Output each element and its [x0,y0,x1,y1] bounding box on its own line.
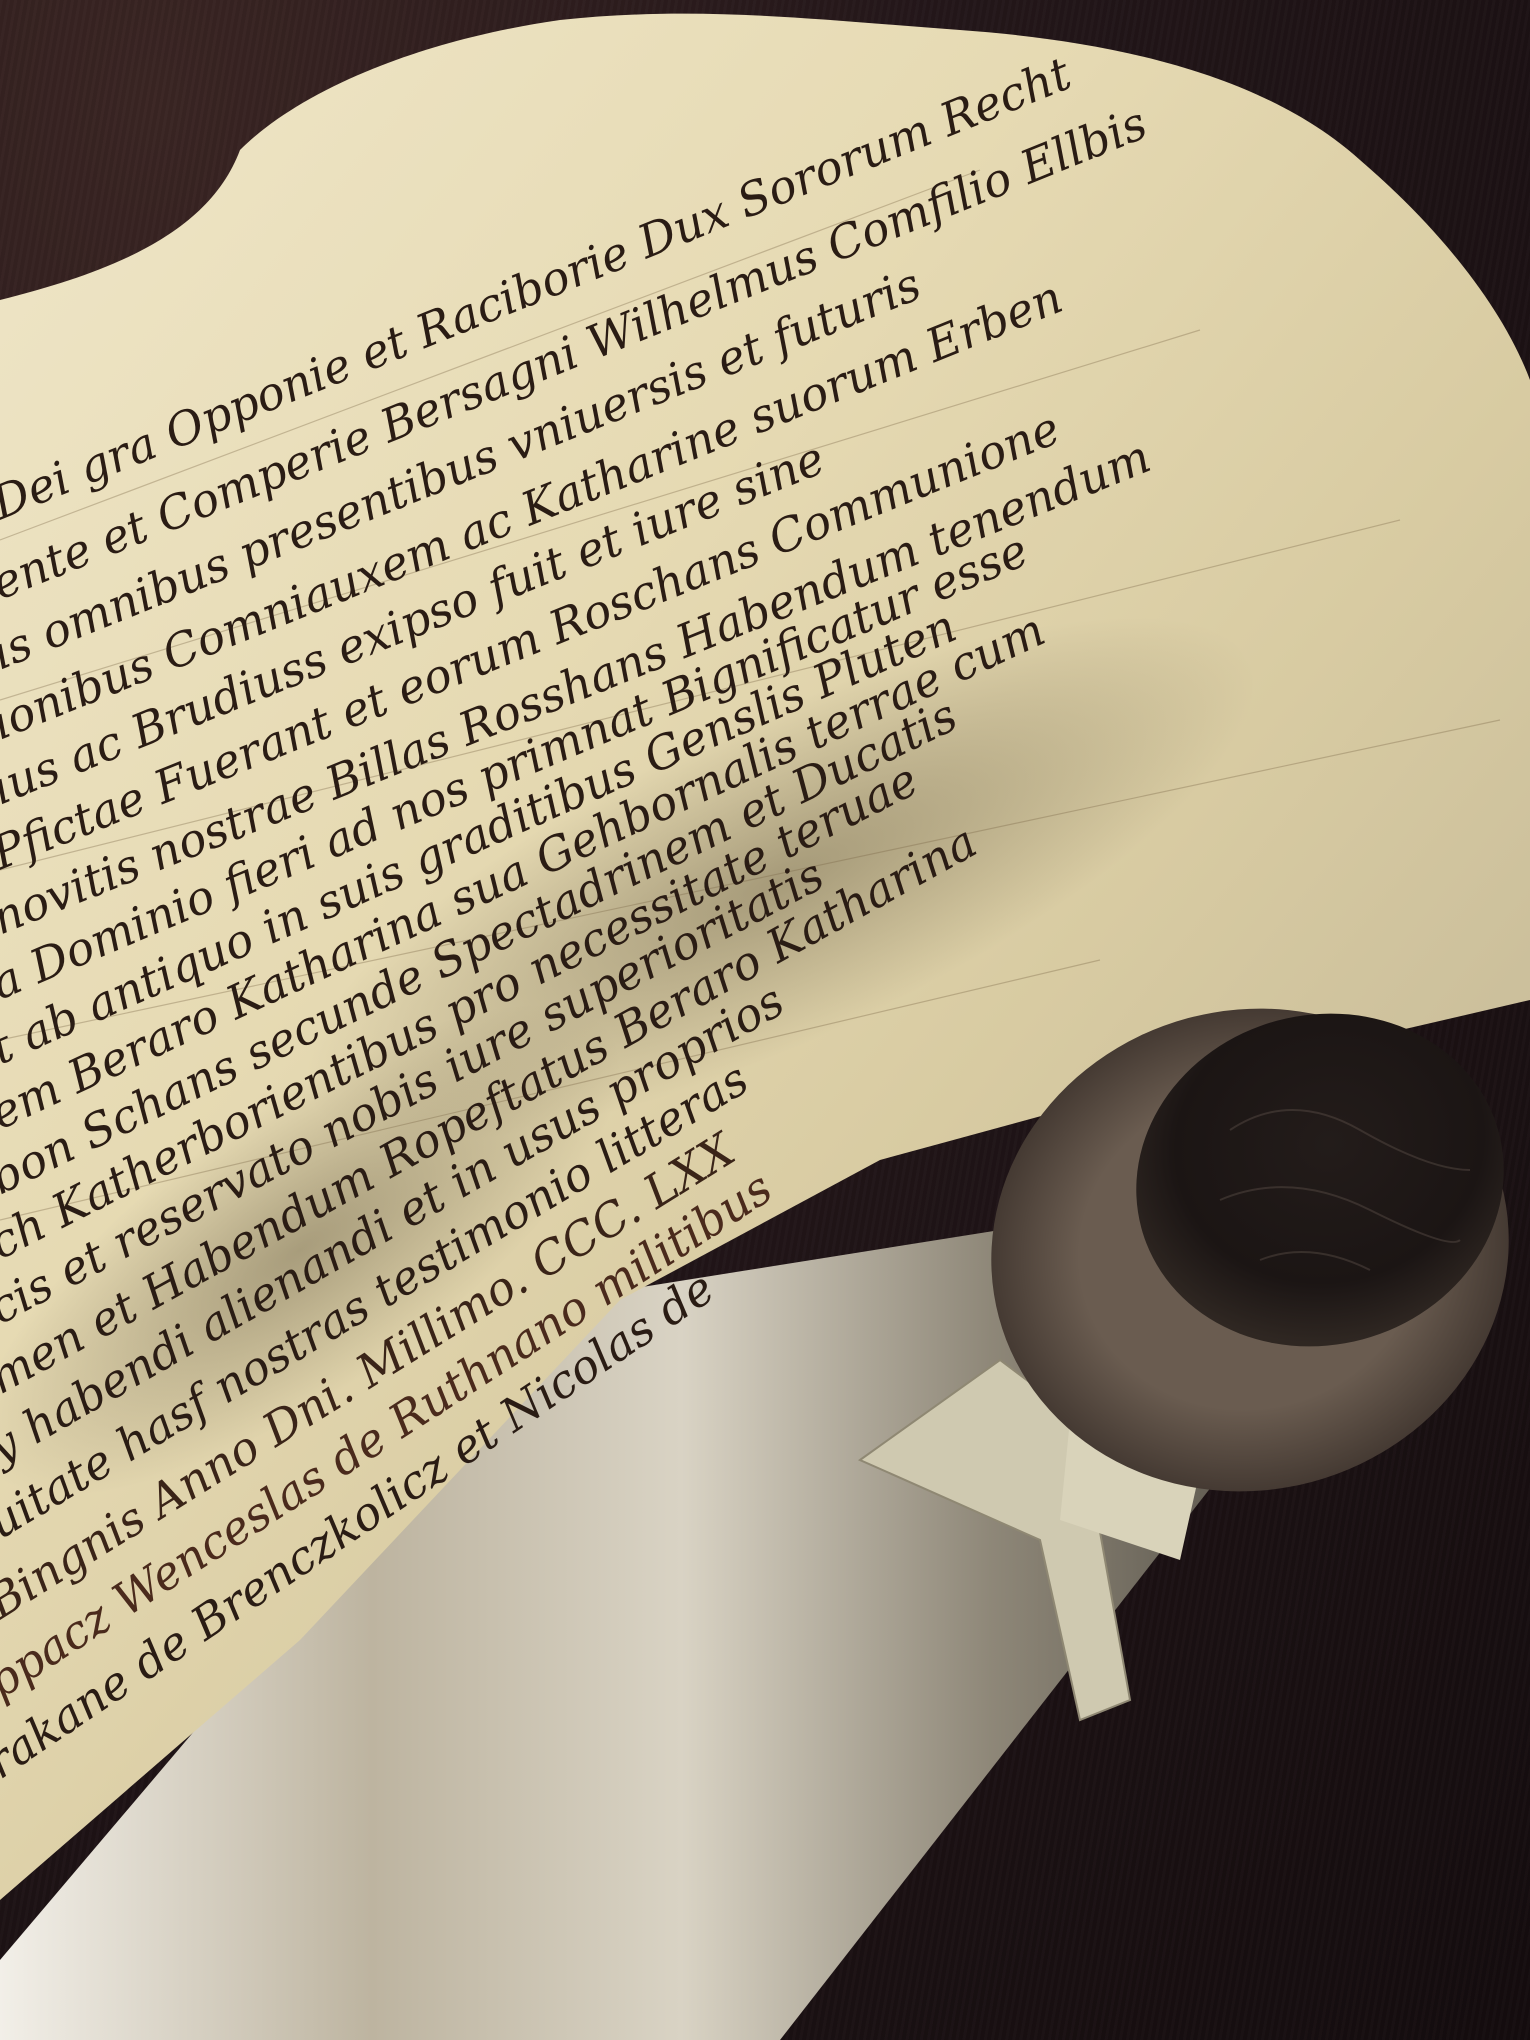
photo-scene: Dei gra Opponie et Raciborie Dux Sororum… [0,0,1530,2040]
charter-illustration: Dei gra Opponie et Raciborie Dux Sororum… [0,0,1530,2040]
